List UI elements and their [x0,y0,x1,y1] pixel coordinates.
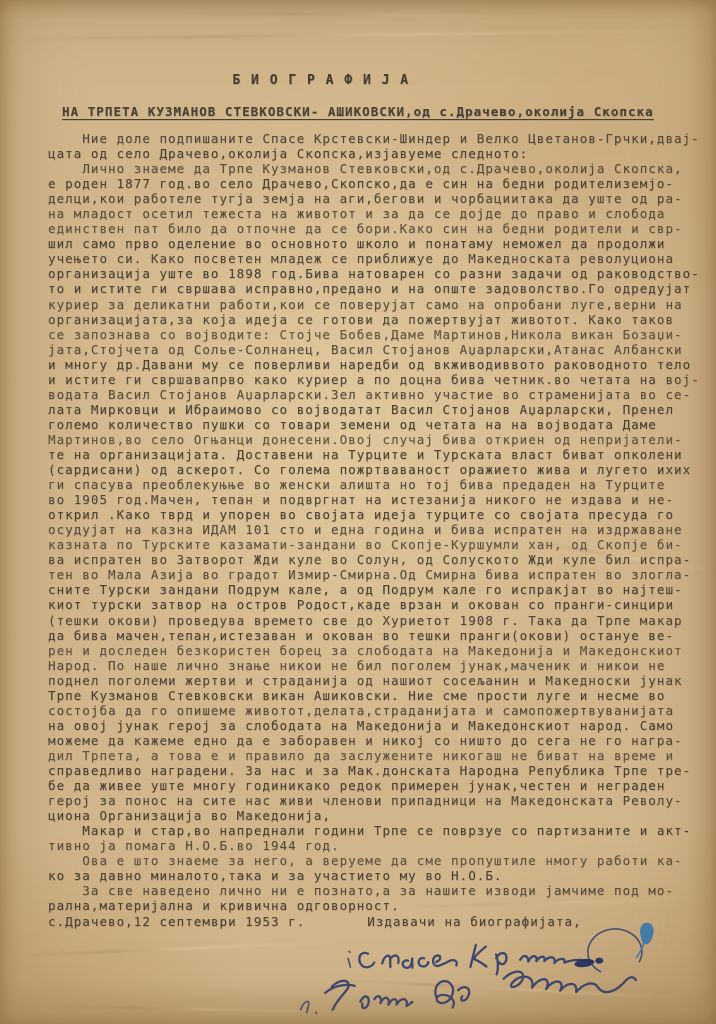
typed-text-line: рална,материјална и кривична одговорност… [48,898,714,913]
paper-crease [330,979,690,1000]
typed-text-line: Ова е што знаеме за него, а веруеме да с… [48,853,714,868]
typed-text-line: цата од село Драчево,околија Скопска,изј… [48,146,714,161]
typed-text-line: организација уште во 1898 год.Бива натов… [48,266,714,281]
typed-text-line: киот турски затвор на остров Родост,каде… [48,597,714,612]
typed-text-line: Трпе Кузманов Стевковски викан Ашиковски… [48,688,714,703]
typed-text-line: можеме да кажеме едно да е заборавен и н… [48,733,714,748]
typed-text-line: тен во Мала Азија во градот Измир-Смирна… [48,567,714,582]
typed-text-line: циона Организација во Македонија, [48,808,714,823]
typed-text-line: да бива мачен,тепан,истезаван и окован в… [48,628,714,643]
typed-text-line: единствен пат било да отпочне да се бори… [48,221,714,236]
typed-text-line: рен и доследен безкористен борец за слоб… [48,643,714,658]
issuers-label: Издавачи на биографијата, [367,914,581,929]
typed-text-line: делци,кои работеле тугја земја на аги,бе… [48,191,714,206]
typed-text-line: водата Васил Стојанов Аџарларски.Зел акт… [48,387,714,402]
signature-velko-handwritten [291,954,643,1024]
typed-text-line: Макар и стар,во напреднали години Трпе с… [48,823,714,838]
typed-text-line: и истите ги свршавапрво како куриер а по… [48,372,714,387]
typed-text-line: се запознава со војводите: Стојче Бобев,… [48,327,714,342]
typed-text-line: Мартинов,во село Огњанци донесени.Овој с… [48,432,714,447]
typed-text-line: во 1905 год.Мачен, тепан и подвргнат на … [48,492,714,507]
typed-text-line: открил .Како тврд и упорен во својата ид… [48,507,714,522]
scanned-biography-page: Б И О Г Р А Ф И Ј А НА ТРПЕТА КУЗМАНОВ С… [0,0,716,1024]
typed-text-line: Народ. По наше лично знање никои не бил … [48,658,714,673]
typed-text-line: и многу др.Давани му се поверливи наредб… [48,357,714,372]
document-title: Б И О Г Р А Ф И Ј А [0,73,679,88]
typed-text-line: куриер за деликатни работи,кои се поверу… [48,297,714,312]
document-body: Ние доле подпишаните Спасе Крстевски-Шин… [48,131,714,929]
document-subtitle: НА ТРПЕТА КУЗМАНОВ СТЕВКОВСКИ- АШИКОВСКИ… [62,104,654,119]
paper-crease [180,12,580,18]
typed-text-line: сните Турски зандани Подрум кале, а од П… [48,582,714,597]
typed-text-line: справедливо наградени. За нас и за Мак.д… [48,763,714,778]
typed-text-line: (тешки окови) проведува времето све до Х… [48,613,714,628]
typed-text-line: казната по Турските казамати-зандани во … [48,537,714,552]
typed-text-line: ко за давно миналото,така и за участието… [48,868,714,883]
typed-text-line: на младост осетил тежеста на животот и з… [48,206,714,221]
typed-text-line: бе да живее уште многу годиникако редок … [48,778,714,793]
typed-text-line: организацијата,за која идеја се готови д… [48,312,714,327]
typed-text-line: ги спасува преоблекуњње во женски алишта… [48,477,714,492]
paper-crease [50,1005,330,1013]
typed-text-line: тивно ја помага Н.О.Б.во 1944 год. [48,838,714,853]
typed-text-line: то и истите ги свршава исправно,предано … [48,281,714,296]
typed-text-line: јата,Стојчета од Солье-Солнанец, Васил С… [48,342,714,357]
typed-text-line: на овој јунак герој за слободата на Маке… [48,718,714,733]
date-and-issuers-line: с.Драчево,12 септември 1953 г.Издавачи н… [48,914,714,929]
typed-text-line: те на организацијата. Доставени на Турци… [48,447,714,462]
typed-text-line: Лично знаеме да Трпе Кузманов Стевковски… [48,161,714,176]
typed-text-line: поднел поголеми жертви и страданија од н… [48,673,714,688]
typed-text-line: За све наведено лично ни е познато,а за … [48,883,714,898]
typed-text-line: е роден 1877 год.во село Драчево,Скопско… [48,176,714,191]
typed-text-line: шил само прво оделение во основното школ… [48,236,714,251]
typed-text-line: Ние доле подпишаните Спасе Крстевски-Шин… [48,131,714,146]
typed-text-line: ва испратен во Затворот Жди куле во Солу… [48,552,714,567]
typed-text-line: (сардисани) од аскерот. Со голема пожртв… [48,462,714,477]
typed-text-line: големо количество пушки со товари земени… [48,417,714,432]
typed-text-lines: Ние доле подпишаните Спасе Крстевски-Шин… [48,131,714,913]
typed-text-line: осудујат на казна ИДАМ 101 сто и една го… [48,522,714,537]
typed-text-line: состојба да го опишеме животот,делата,ст… [48,703,714,718]
typed-text-line: лата Мирковци и Ибраимово со војводатат … [48,402,714,417]
place-date: с.Драчево,12 септември 1953 г. [48,914,305,929]
typed-text-line: дил Трпета, а това е и правило да заслуж… [48,748,714,763]
paper-crease [10,941,340,957]
typed-text-line: герој за понос на сите нас живи членови … [48,793,714,808]
typed-text-line: учењето си. Како посветен младеж се приб… [48,251,714,266]
paper-crease [0,30,716,41]
